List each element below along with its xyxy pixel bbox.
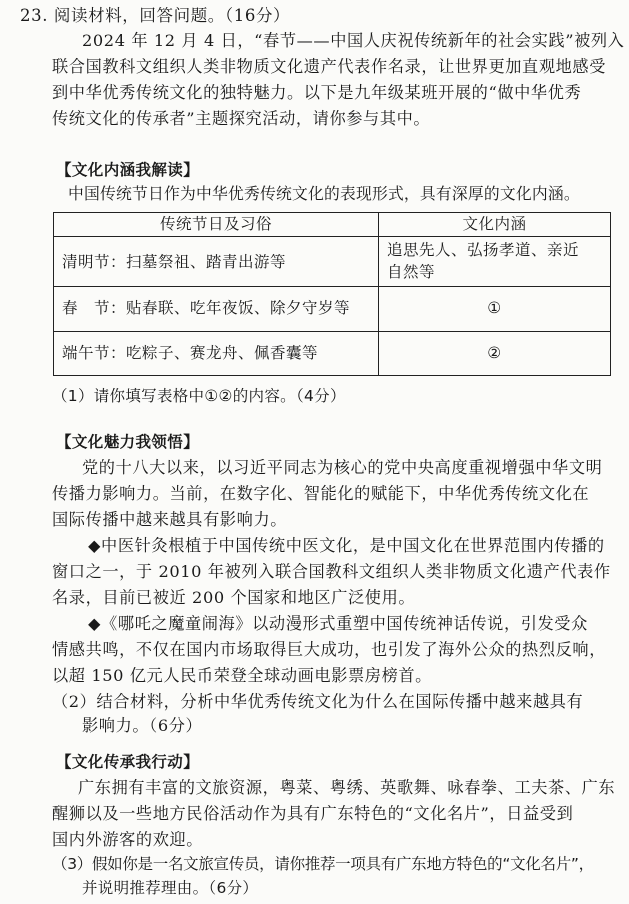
- table-row-qingming-meaning-1: 追思先人、弘扬孝道、亲近: [387, 240, 579, 261]
- bullet-acupuncture-line-2: 窗口之一，于 2010 年被列入联合国教科文组织人类非物质文化遗产代表作: [52, 562, 611, 582]
- table-divider: [54, 331, 610, 332]
- question-number: 23.: [20, 6, 48, 25]
- sub-question-2-line-2: 影响力。（6分）: [82, 716, 202, 736]
- sub-question-3-line-2: 并说明推荐理由。（6分）: [82, 878, 258, 898]
- intro-line-2: 联合国教科文组织人类非物质文化遗产代表作名录，让世界更加直观地感受: [52, 57, 606, 77]
- sub-question-2-line-1: （2）结合材料，分析中华优秀传统文化为什么在国际传播中越来越具有: [52, 692, 583, 712]
- section1-text: 中国传统节日作为中华优秀传统文化的表现形式，具有深厚的文化内涵。: [68, 184, 580, 204]
- intro-line-3: 到中华优秀传统文化的独特魅力。以下是九年级某班开展的“做中华优秀: [52, 83, 581, 103]
- section3-heading: 【文化传承我行动】: [56, 752, 199, 772]
- bullet-nezha-line-2: 情感共鸣，不仅在国内市场取得巨大成功，也引发了海外公众的热烈反响，: [52, 640, 606, 660]
- section3-para-line-3: 国内外游客的欢迎。: [52, 830, 203, 850]
- section2-para-line-1: 党的十八大以来，以习近平同志为核心的党中央高度重视增强中华文明: [82, 458, 602, 478]
- table-row-spring-festival: 春 节：贴春联、吃年夜饭、除夕守岁等: [62, 298, 350, 319]
- section1-heading: 【文化内涵我解读】: [56, 160, 199, 180]
- bullet-nezha-line-1: ◆《哪吒之魔童闹海》以动漫形式重塑中国传统神话传说，引发受众: [88, 614, 588, 634]
- festival-table: 传统节日及习俗 文化内涵 清明节：扫墓祭祖、踏青出游等 追思先人、弘扬孝道、亲近…: [53, 212, 611, 376]
- table-row-dragonboat-meaning-blank: ②: [379, 343, 610, 364]
- table-header-meaning: 文化内涵: [379, 214, 610, 235]
- table-row-qingming-meaning-2: 自然等: [387, 262, 435, 283]
- sub-question-1: （1）请你填写表格中①②的内容。（4分）: [52, 386, 346, 406]
- table-row-dragonboat-festival: 端午节：吃粽子、赛龙舟、佩香囊等: [62, 343, 318, 364]
- table-row-spring-meaning-blank: ①: [379, 298, 610, 319]
- question-title: 23. 阅读材料，回答问题。（16分）: [20, 6, 290, 26]
- section2-heading: 【文化魅力我领悟】: [56, 432, 199, 452]
- question-instruction: 阅读材料，回答问题。（16分）: [54, 6, 290, 25]
- bullet-nezha-line-3: 以超 150 亿元人民币荣登全球动画电影票房榜首。: [52, 666, 432, 686]
- intro-line-4: 传统文化的传承者”主题探究活动，请你参与其中。: [52, 109, 430, 129]
- table-header-festival: 传统节日及习俗: [54, 214, 378, 235]
- intro-line-1: 2024 年 12 月 4 日，“春节——中国人庆祝传统新年的社会实践”被列入: [82, 31, 624, 51]
- section2-para-line-3: 国际传播中越来越具有影响力。: [52, 510, 287, 530]
- bullet-acupuncture-line-3: 名录，目前已被近 200 个国家和地区广泛使用。: [52, 588, 415, 608]
- table-divider: [54, 286, 610, 287]
- table-row-qingming-festival: 清明节：扫墓祭祖、踏青出游等: [62, 252, 286, 273]
- bullet-acupuncture-line-1: ◆中医针灸根植于中国传统中医文化，是中国文化在世界范围内传播的: [88, 536, 605, 556]
- section3-para-line-1: 广东拥有丰富的文旅资源，粤菜、粤绣、英歌舞、咏春拳、工夫茶、广东: [78, 778, 615, 798]
- section2-para-line-2: 传播力影响力。当前，在数字化、智能化的赋能下，中华优秀传统文化在: [52, 484, 589, 504]
- sub-question-3-line-1: （3）假如你是一名文旅宣传员，请你推荐一项具有广东地方特色的“文化名片”，: [52, 854, 594, 874]
- table-divider: [54, 236, 610, 237]
- section3-para-line-2: 醒狮以及一些地方民俗活动作为具有广东特色的“文化名片”，日益受到: [52, 804, 573, 824]
